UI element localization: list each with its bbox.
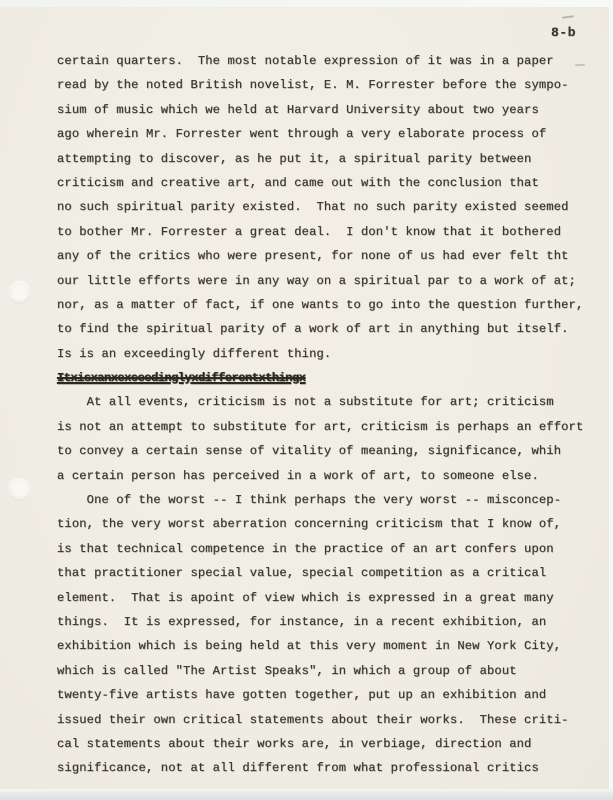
text-line: attempting to discover, as he put it, a … (57, 147, 592, 171)
text-line: sium of music which we held at Harvard U… (57, 98, 592, 122)
text-line: nor, as a matter of fact, if one wants t… (57, 293, 592, 317)
text-line: issued their own critical statements abo… (57, 708, 592, 732)
punch-hole-bottom (8, 478, 31, 501)
text-line: certain quarters. The most notable expre… (57, 49, 592, 73)
text-line: to find the spiritual parity of a work o… (57, 317, 592, 341)
text-line: our little efforts were in any way on a … (57, 269, 592, 293)
text-line: is not an attempt to substitute for art,… (57, 415, 592, 439)
text-line: read by the noted British novelist, E. M… (57, 73, 592, 97)
text-line: is that technical competence in the prac… (57, 537, 592, 561)
text-line: significance, not at all different from … (57, 756, 592, 780)
text-line: that practitioner special value, special… (57, 561, 592, 585)
text-line: which is called "The Artist Speaks", in … (57, 659, 592, 683)
page-number: 8-b (551, 25, 576, 40)
scan-edge-right (609, 0, 613, 800)
punch-hole-top (8, 281, 31, 304)
text-line: One of the worst -- I think perhaps the … (57, 488, 592, 512)
text-line: a certain person has perceived in a work… (57, 464, 592, 488)
text-line: ago wherein Mr. Forrester went through a… (57, 122, 592, 146)
text-line: no such spiritual parity existed. That n… (57, 195, 592, 219)
text-line: things. It is expressed, for instance, i… (57, 610, 592, 634)
pencil-mark-top-right (562, 15, 574, 18)
text-line: tion, the very worst aberration concerni… (57, 512, 592, 536)
text-line: element. That is apoint of view which is… (57, 586, 592, 610)
text-line: any of the critics who were present, for… (57, 244, 592, 268)
scan-edge-bottom (0, 789, 613, 800)
document-body: certain quarters. The most notable expre… (57, 49, 592, 781)
text-line: At all events, criticism is not a substi… (57, 390, 592, 414)
text-line: cal statements about their works are, in… (57, 732, 592, 756)
text-line: criticism and creative art, and came out… (57, 171, 592, 195)
text-line: to bother Mr. Forrester a great deal. I … (57, 220, 592, 244)
text-line: to convey a certain sense of vitality of… (57, 439, 592, 463)
struck-out-line: Itxisxanxexceedinglyxdifferentxthingx (57, 366, 592, 390)
scanned-page: 8-b certain quarters. The most notable e… (0, 0, 613, 800)
scan-edge-top (0, 0, 613, 7)
text-line: twenty-five artists have gotten together… (57, 683, 592, 707)
text-line: exhibition which is being held at this v… (57, 634, 592, 658)
text-line: Is is an exceedingly different thing. (57, 342, 592, 366)
